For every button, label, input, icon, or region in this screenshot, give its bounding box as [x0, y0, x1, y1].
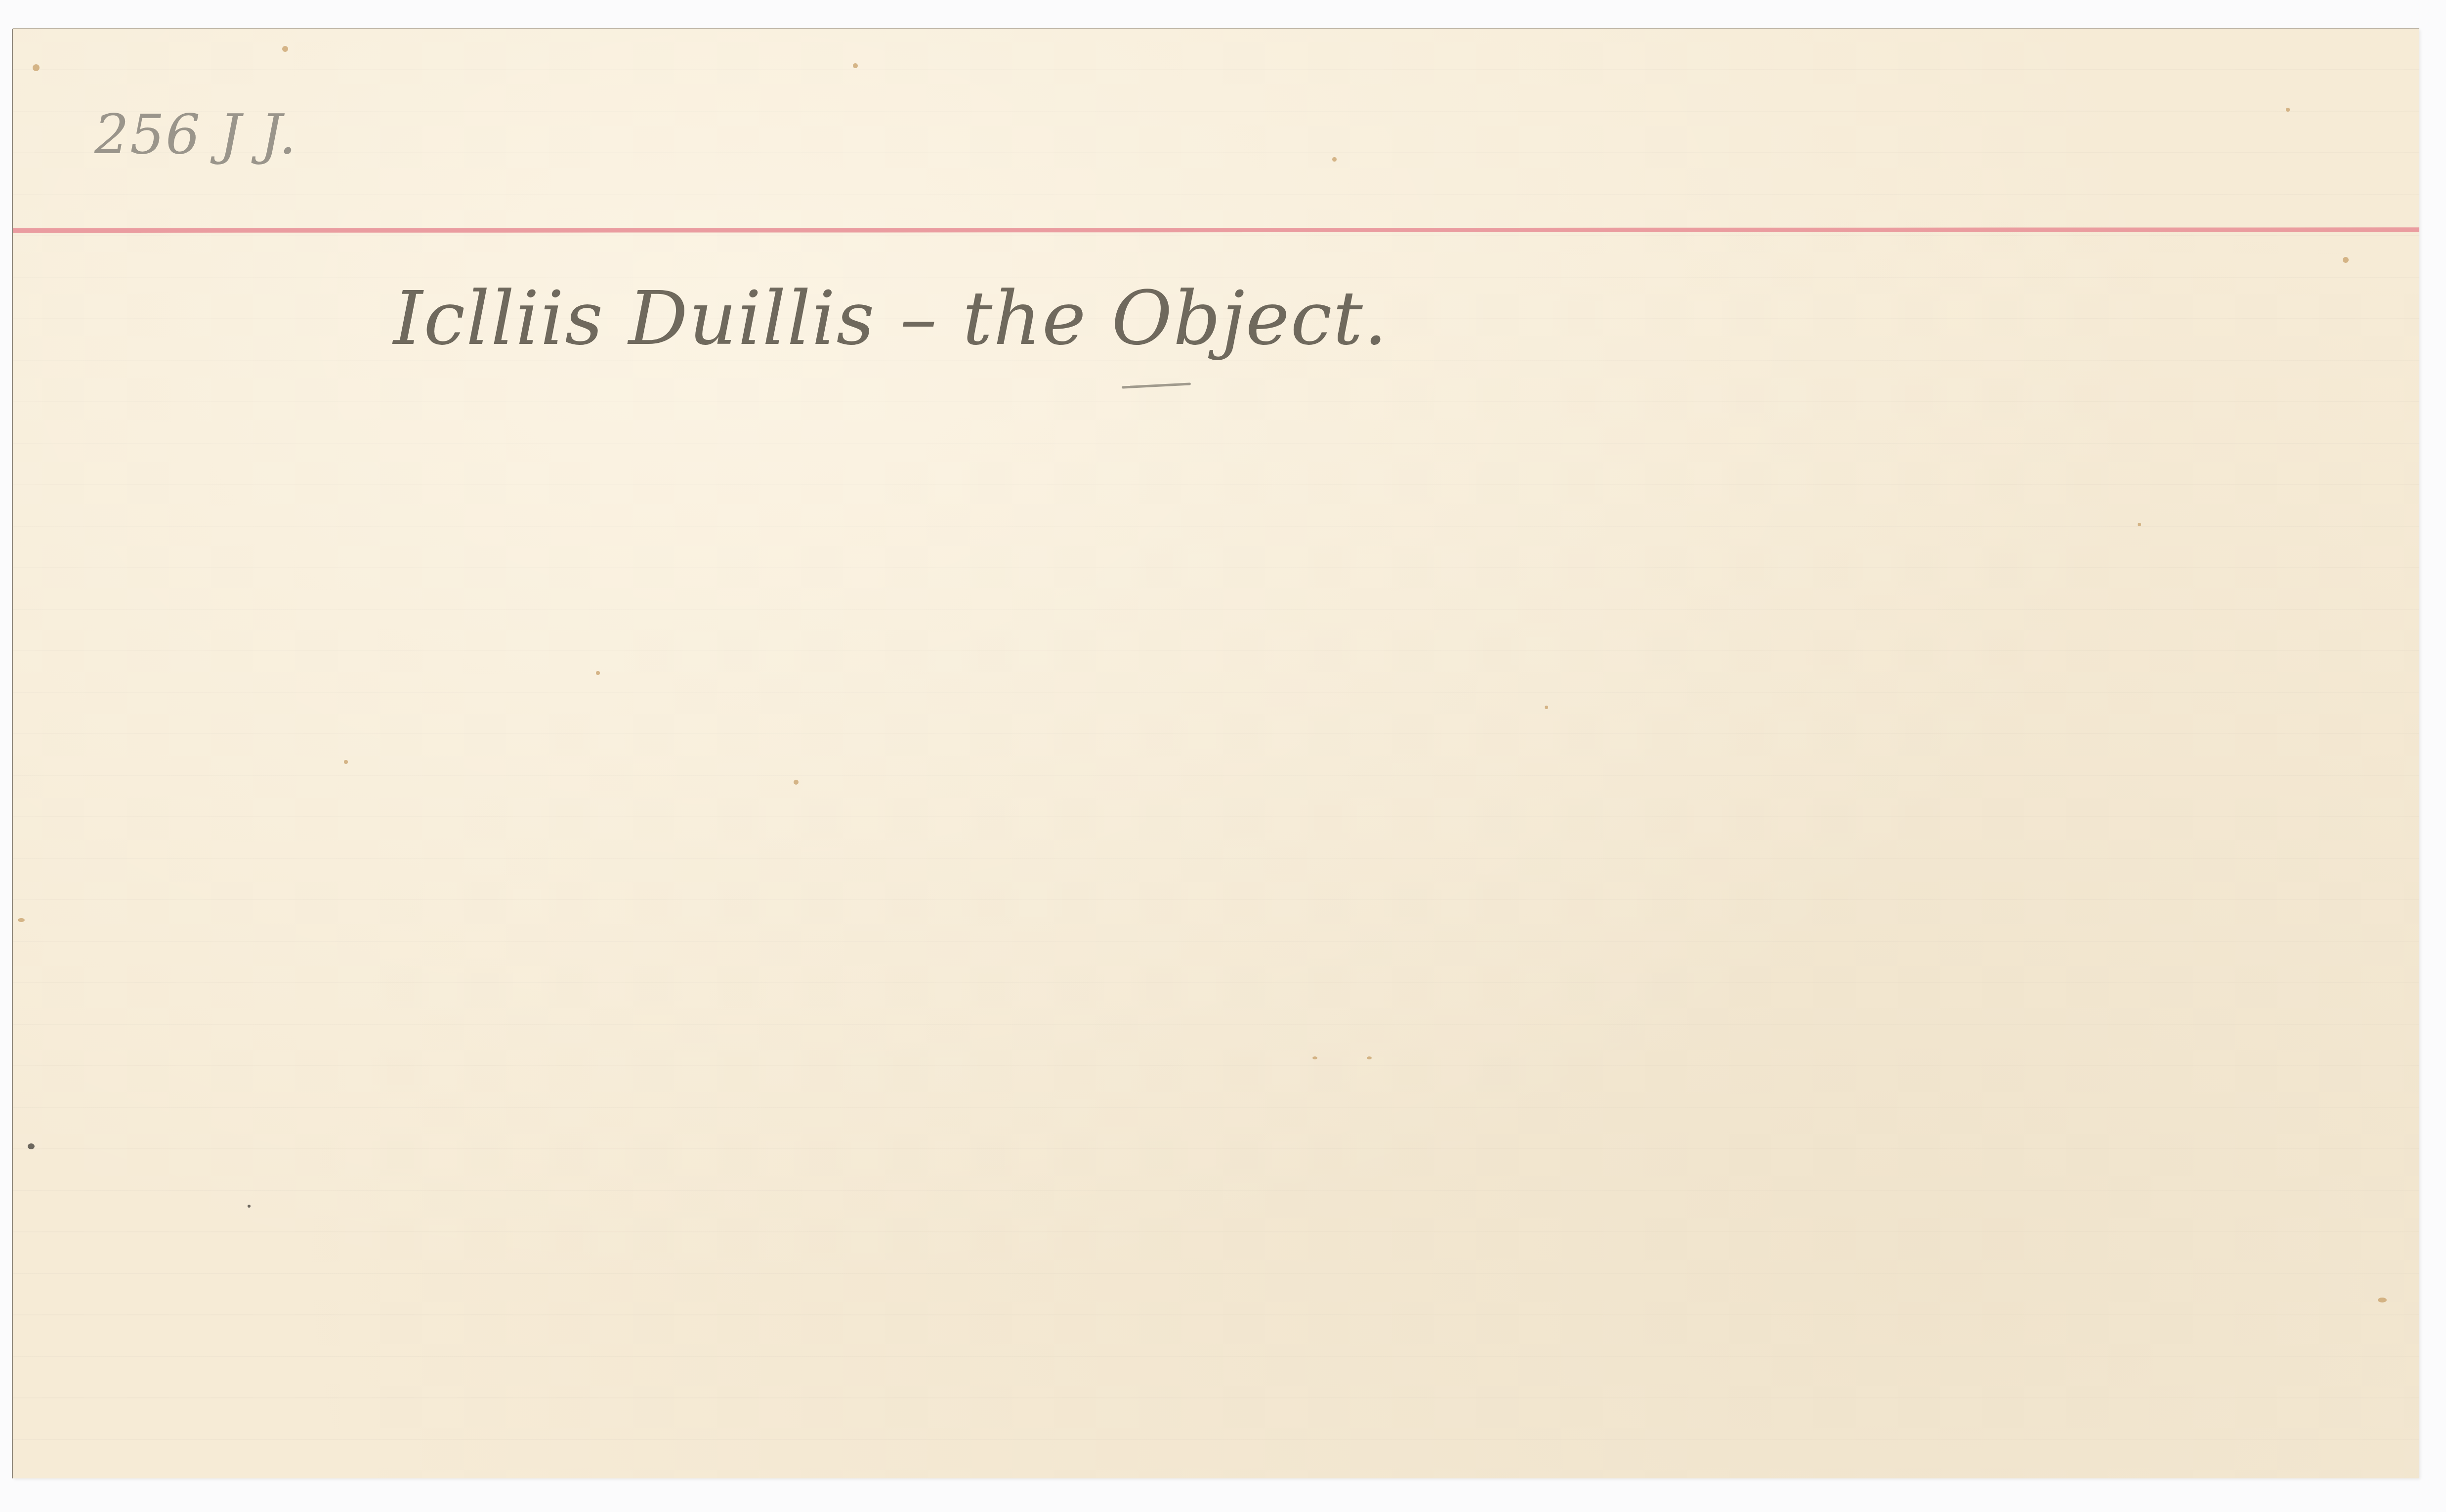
- foxing-spot: [282, 46, 288, 52]
- pencil-underline-stroke: [1122, 382, 1191, 388]
- foxing-spot: [794, 780, 799, 785]
- foxing-spot: [853, 63, 858, 68]
- foxing-spot: [1545, 706, 1548, 709]
- ink-spot: [248, 1205, 251, 1208]
- foxing-spot: [2378, 1298, 2387, 1302]
- handwritten-heading: Iclliis Duillis – the Object.: [393, 276, 1389, 362]
- index-card: 256 J J. Iclliis Duillis – the Object.: [13, 29, 2419, 1478]
- foxing-spot: [596, 671, 600, 675]
- reference-number: 256 J J.: [94, 103, 297, 166]
- foxing-spot: [344, 760, 348, 764]
- foxing-spot: [1367, 1056, 1372, 1059]
- red-header-rule: [13, 227, 2419, 233]
- ink-spot: [28, 1143, 35, 1149]
- foxing-spot: [1312, 1056, 1317, 1059]
- foxing-spot: [2343, 257, 2349, 263]
- foxing-spot: [2138, 523, 2141, 526]
- foxing-spot: [2286, 108, 2290, 112]
- foxing-spot: [33, 64, 40, 71]
- foxing-spot: [18, 918, 25, 922]
- foxing-spot: [1332, 157, 1337, 162]
